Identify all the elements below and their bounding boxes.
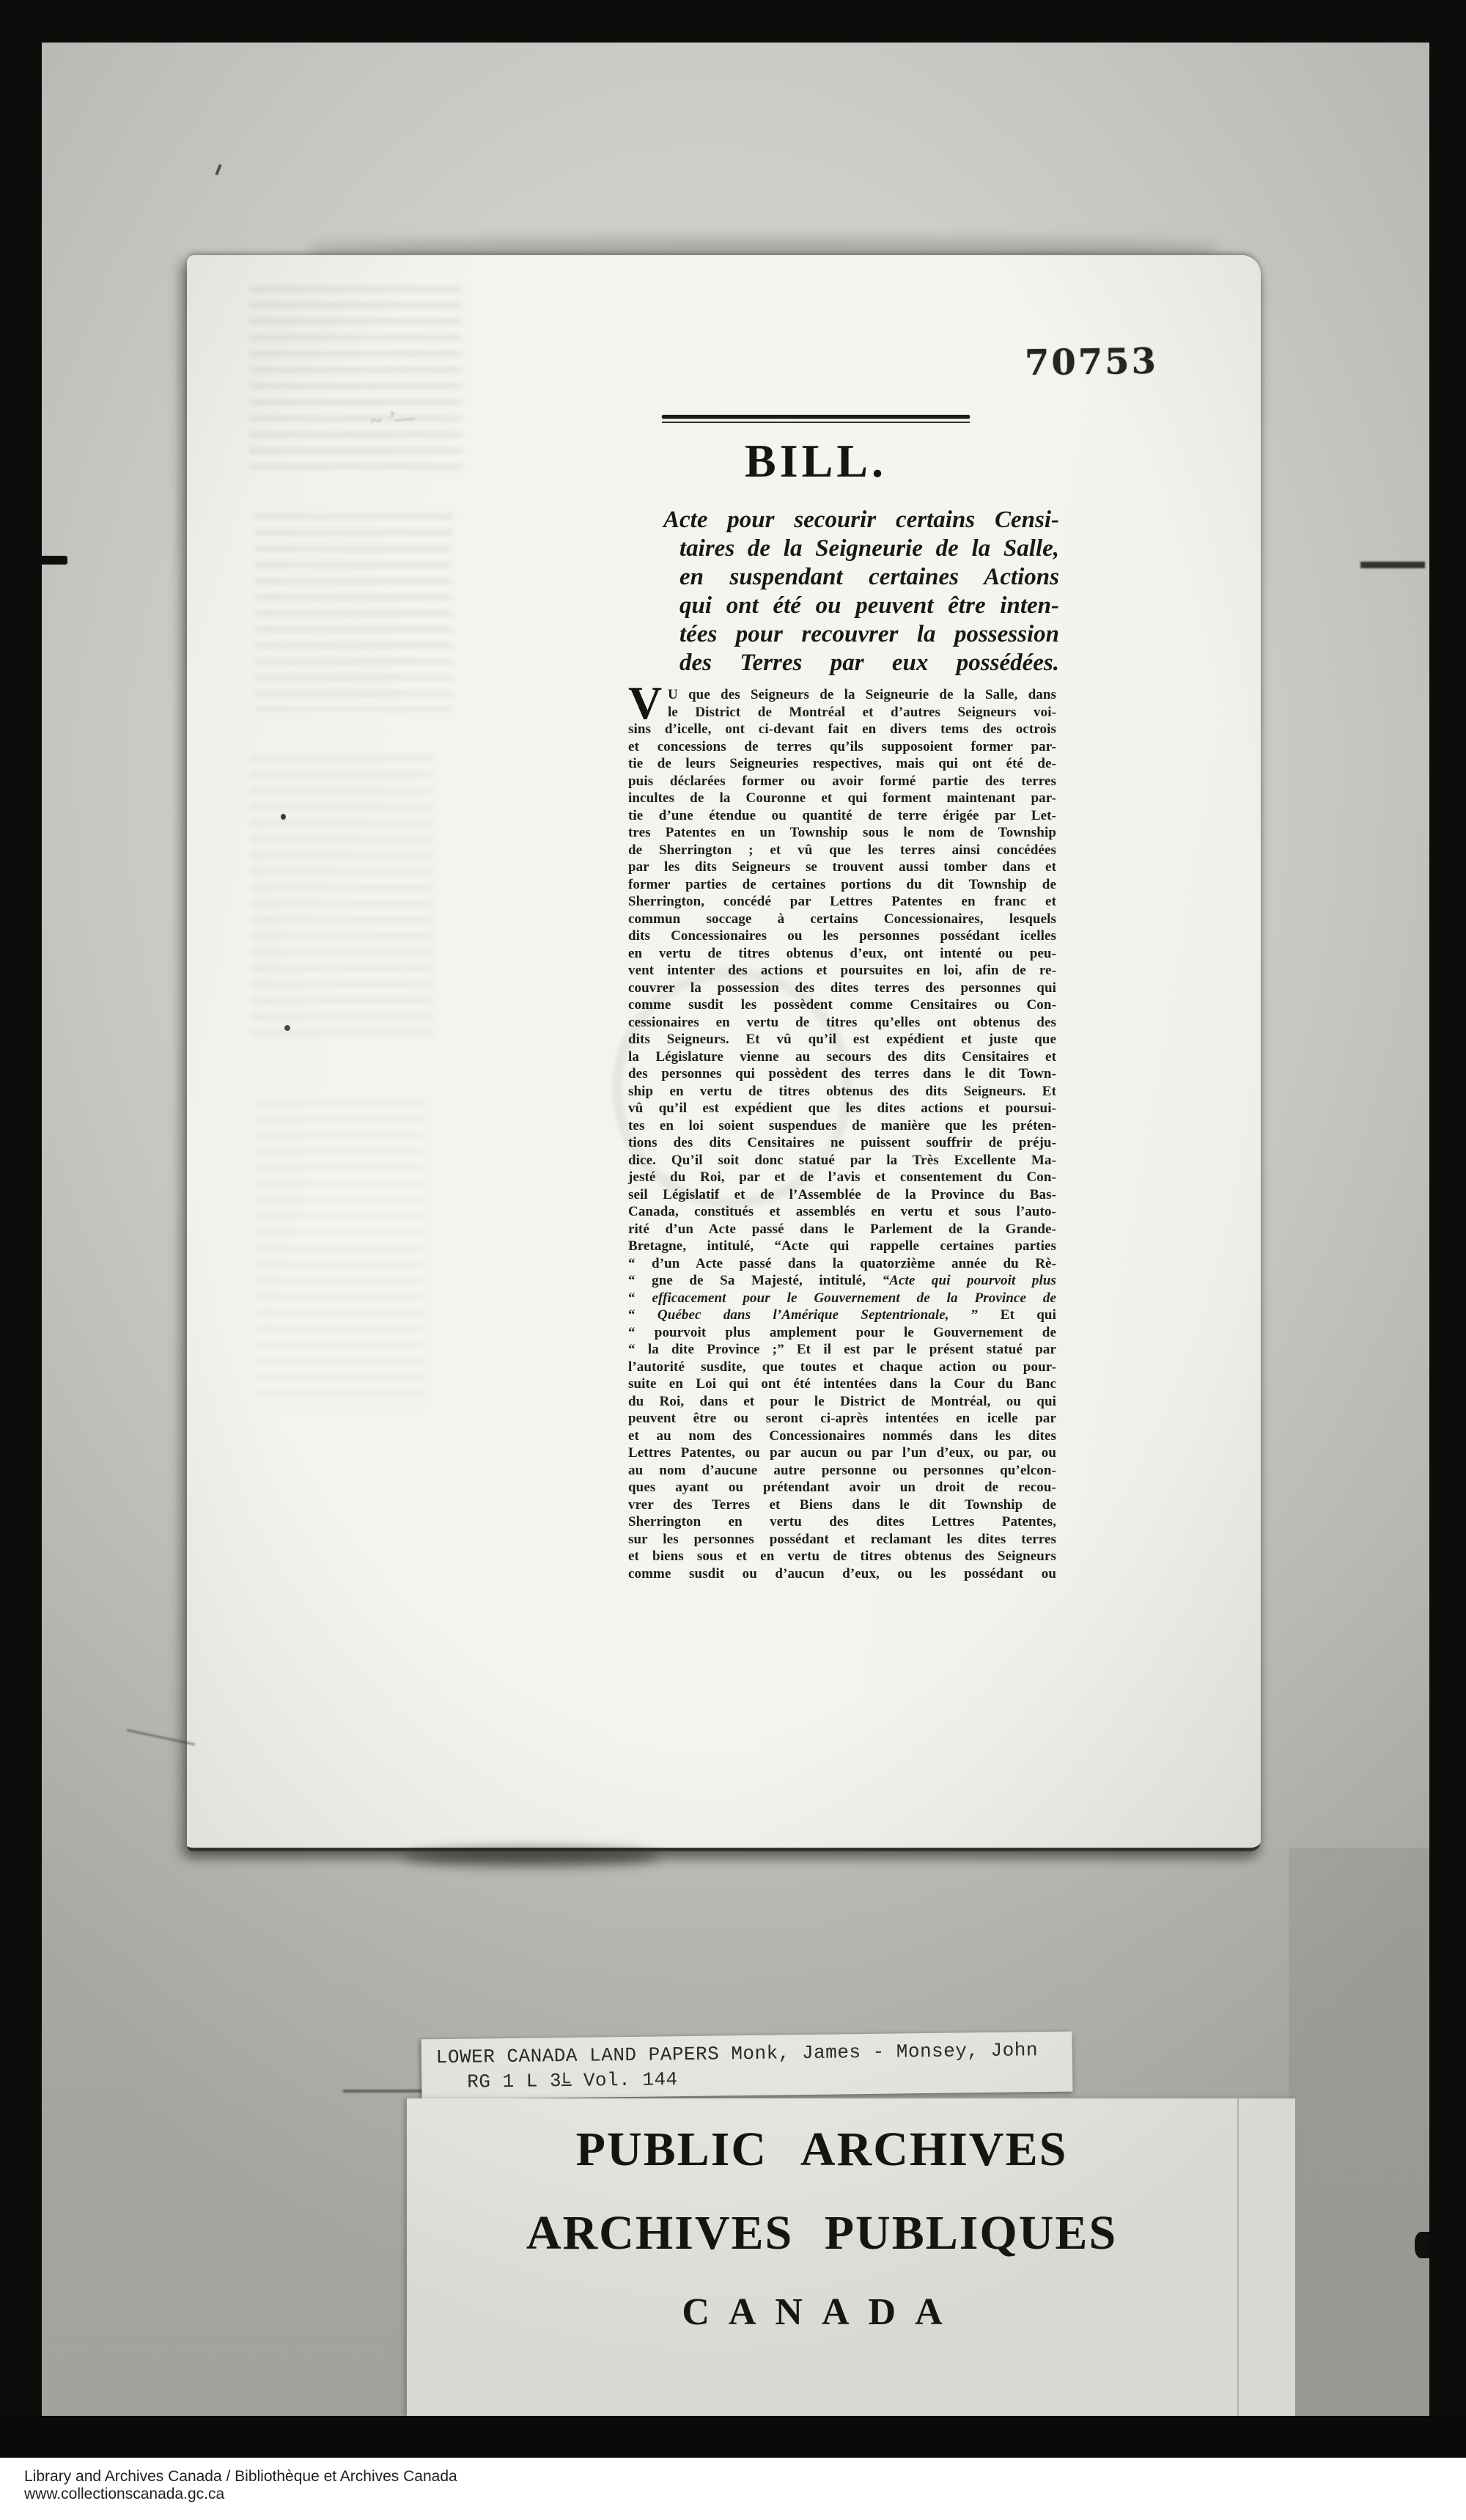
body-line: tie d’une étendue ou quantité de terre é… bbox=[628, 807, 1056, 825]
body-line: dice. Qu’il soit donc statué par la Très… bbox=[628, 1152, 1056, 1169]
body-line: vû qu’il est expédient que les dites act… bbox=[628, 1100, 1056, 1117]
body-line: “ Québec dans l’Amérique Septentrionale,… bbox=[628, 1307, 1056, 1324]
body-line: tions des dits Censitaires ne puissent s… bbox=[628, 1134, 1056, 1152]
heading-line: en suspendant certaines Actions bbox=[663, 563, 1059, 592]
body-line: vent intenter des actions et poursuites … bbox=[628, 962, 1056, 980]
double-rule bbox=[662, 415, 970, 423]
body-line: tes en loi soient suspendues de manière … bbox=[628, 1117, 1056, 1135]
body-line: suite en Loi qui ont été intentées dans … bbox=[628, 1375, 1056, 1393]
body-line: dits Seigneurs. Et vû qu’il est expédien… bbox=[628, 1031, 1056, 1048]
heading-line: qui ont été ou peuvent être inten- bbox=[663, 592, 1059, 620]
body-line: en vertu de titres obtenus d’eux, ont in… bbox=[628, 945, 1056, 963]
bill-title: BILL. bbox=[662, 434, 970, 488]
heading-line: des Terres par eux possédées. bbox=[663, 649, 1059, 677]
body-line: Sherrington en vertu des dites Lettres P… bbox=[628, 1513, 1056, 1531]
archival-reference-label: LOWER CANADA LAND PAPERS Monk, James - M… bbox=[421, 2032, 1073, 2100]
body-line: seil Législatif et de l’Assemblée de la … bbox=[628, 1186, 1056, 1204]
body-line: puis déclarées former ou avoir formé par… bbox=[628, 773, 1056, 790]
backing-shade-right bbox=[1289, 1848, 1429, 2416]
body-line: Sherrington, concédé par Lettres Patente… bbox=[628, 893, 1056, 911]
body-line: sins d’icelle, ont ci-devant fait en div… bbox=[628, 721, 1056, 738]
body-line: ques ayant ou prétendant avoir un droit … bbox=[628, 1479, 1056, 1496]
body-line: “ efficacement pour le Gouvernement de l… bbox=[628, 1290, 1056, 1307]
body-line: de Sherrington ; et vû que les terres ai… bbox=[628, 842, 1056, 859]
body-line: incultes de la Couronne et qui forment m… bbox=[628, 790, 1056, 807]
lac-footer: Library and Archives Canada / Bibliothèq… bbox=[0, 2458, 1466, 2520]
film-band bbox=[0, 2416, 1466, 2458]
page-number-stamp: 70753 bbox=[1025, 341, 1159, 384]
body-line: tres Patentes en un Township sous le nom… bbox=[628, 824, 1056, 842]
label-collection-line: LOWER CANADA LAND PAPERS Monk, James - M… bbox=[436, 2039, 1039, 2068]
heading-line: tées pour recouvrer la possession bbox=[663, 620, 1059, 649]
body-line: tie de leurs Seigneuries respectives, ma… bbox=[628, 755, 1056, 773]
body-line: “ la dite Province ;” Et il est par le p… bbox=[628, 1341, 1056, 1359]
body-line: peuvent être ou seront ci-après intentée… bbox=[628, 1410, 1056, 1428]
public-archives-title-fr: ARCHIVES PUBLIQUES bbox=[377, 2205, 1266, 2261]
body-line: comme susdit les possèdent comme Censita… bbox=[628, 996, 1056, 1014]
body-line: dits Concessionaires ou les personnes po… bbox=[628, 927, 1056, 945]
bill-heading: Acte pour secourir certains Censi-taires… bbox=[663, 506, 1059, 677]
body-line: former parties de certaines portions du … bbox=[628, 876, 1056, 894]
body-line: comme susdit ou d’aucun d’eux, ou les po… bbox=[628, 1565, 1056, 1583]
body-line: Canada, constitués et assemblés en vertu… bbox=[628, 1203, 1056, 1221]
body-line: Bretagne, intitulé, “Acte qui rappelle c… bbox=[628, 1238, 1056, 1255]
label-reference-line: RG 1 L 3L Vol. 144 bbox=[467, 2068, 678, 2093]
body-line: et concessions de terres qu’ils supposoi… bbox=[628, 738, 1056, 756]
body-line: couvrer la possession des dites terres d… bbox=[628, 980, 1056, 997]
public-archives-title-en: PUBLIC ARCHIVES bbox=[377, 2122, 1266, 2178]
bill-body: VU que des Seigneurs de la Seigneurie de… bbox=[628, 686, 1056, 1582]
body-line: rité d’un Acte passé dans le Parlement d… bbox=[628, 1221, 1056, 1238]
lac-footer-url: www.collectionscanada.gc.ca bbox=[24, 2486, 224, 2503]
body-line: sur les personnes possédant et reclamant… bbox=[628, 1531, 1056, 1549]
body-line: au nom d’aucune autre personne ou person… bbox=[628, 1462, 1056, 1480]
body-line: la Législature vienne au secours des dit… bbox=[628, 1048, 1056, 1066]
body-line: l’autorité susdite, que toutes et chaque… bbox=[628, 1359, 1056, 1376]
body-line: vrer des Terres et Biens dans le dit Tow… bbox=[628, 1496, 1056, 1514]
heading-line: taires de la Seigneurie de la Salle, bbox=[663, 535, 1059, 563]
body-line: “ d’un Acte passé dans la quatorzième an… bbox=[628, 1255, 1056, 1273]
public-archives-card: PUBLIC ARCHIVES ARCHIVES PUBLIQUES CANAD… bbox=[407, 2098, 1295, 2416]
body-line: commun soccage à certains Concessionaire… bbox=[628, 911, 1056, 928]
microfilm-scan: ~ ’— 70753 BILL. Acte pour secourir cert… bbox=[0, 0, 1466, 2520]
body-line: et au nom des Concessionaires nommés dan… bbox=[628, 1428, 1056, 1445]
body-line: Lettres Patentes, ou par aucun ou par l’… bbox=[628, 1444, 1056, 1462]
body-line: jesté du Roi, par et de l’avis et consen… bbox=[628, 1169, 1056, 1186]
public-archives-canada: CANADA bbox=[377, 2291, 1266, 2334]
drop-cap: V bbox=[628, 686, 668, 720]
body-line: “ pourvoit plus amplement pour le Gouver… bbox=[628, 1324, 1056, 1342]
body-line: le District de Montréal et d’autres Seig… bbox=[628, 704, 1056, 721]
body-line: des personnes qui possèdent des terres d… bbox=[628, 1065, 1056, 1083]
body-line: du Roi, dans et pour le District de Mont… bbox=[628, 1393, 1056, 1411]
body-line: U que des Seigneurs de la Seigneurie de … bbox=[628, 686, 1056, 704]
body-line: “ gne de Sa Majesté, intitulé, “Acte qui… bbox=[628, 1272, 1056, 1290]
body-line: par les dits Seigneurs se trouvent aussi… bbox=[628, 859, 1056, 876]
body-line: cessionaires en vertu de titres qu’elles… bbox=[628, 1014, 1056, 1032]
pencil-mark: ~ ’— bbox=[369, 405, 416, 434]
body-line: ship en vertu de titres obtenus des dits… bbox=[628, 1083, 1056, 1101]
lac-footer-name: Library and Archives Canada / Bibliothèq… bbox=[24, 2468, 457, 2486]
heading-line: Acte pour secourir certains Censi- bbox=[663, 506, 1059, 535]
body-line: et biens sous et en vertu de titres obte… bbox=[628, 1548, 1056, 1565]
